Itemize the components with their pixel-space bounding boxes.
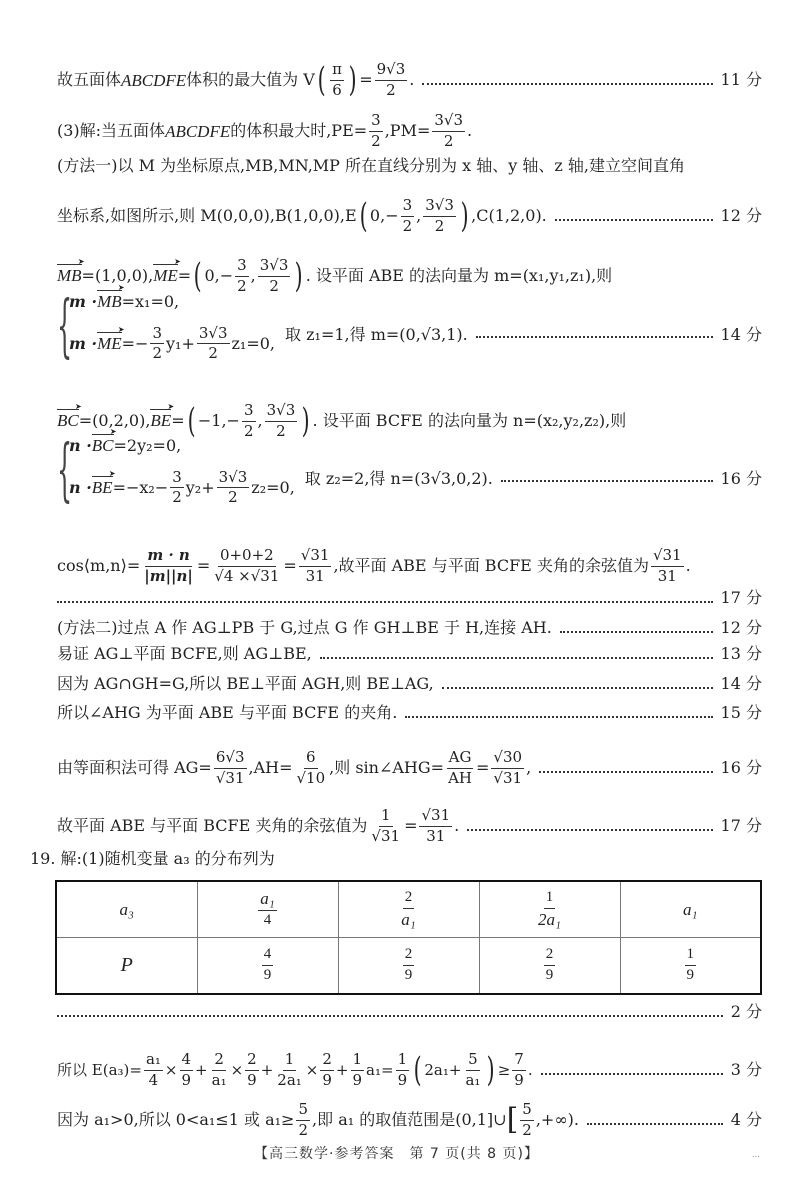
fraction: 12a₁ [275, 1052, 304, 1089]
text: 所以 E(a₃)= [57, 1063, 142, 1078]
table-cell: P [56, 938, 197, 995]
text: 故五面体 [57, 72, 121, 88]
corner-mark: ... [752, 1150, 760, 1159]
right-paren: ) [302, 408, 310, 435]
dotted-leader [467, 829, 712, 831]
equation-system-m: { m · MB =x₁=0, m · ME =− 32 y₁+ 3√32 z₁… [57, 292, 762, 362]
vector-MB: MB [97, 292, 122, 312]
vector-ME: ME [153, 266, 178, 286]
text: cos⟨m,n⟩= [57, 558, 140, 574]
dotted-leader [405, 716, 712, 718]
left-paren: ( [317, 67, 325, 94]
fraction: 6√3√31 [214, 750, 247, 787]
fraction: 32 [235, 258, 249, 295]
vector-BC: BC [57, 411, 79, 431]
score-label: 14 分 [721, 676, 762, 692]
text: 易证 AG⊥平面 BCFE,则 AG⊥BE, [57, 646, 312, 662]
method1-intro: (方法一)以 M 为坐标原点,MB,MN,MP 所在直线分别为 x 轴、y 轴、… [57, 158, 762, 174]
vector-MB: MB [57, 266, 82, 286]
score-label: 12 分 [721, 208, 762, 224]
text: 所以∠AHG 为平面 ABE 与平面 BCFE 的夹角. [57, 705, 397, 721]
dotted-leader [541, 1073, 723, 1075]
table-cell: 19 [620, 938, 761, 995]
text: = [171, 413, 184, 429]
text: n · [69, 478, 92, 497]
dotted-leader [422, 83, 712, 85]
fraction: √3131 [419, 808, 452, 845]
text: (3)解:当五面体 [57, 123, 165, 139]
method2-line3: 因为 AG∩GH=G,所以 BE⊥平面 AGH,则 BE⊥AG, 14 分 [57, 676, 762, 692]
text: m · [69, 292, 97, 311]
fraction: 32 [401, 198, 415, 235]
text: ,AH= [249, 760, 293, 776]
text: 故平面 ABE 与平面 BCFE 夹角的余弦值为 [57, 818, 367, 834]
fraction: 3√32 [217, 470, 250, 507]
page-footer: 【高三数学·参考答案 第 7 页(共 8 页)】 [254, 1143, 539, 1163]
right-paren: ) [487, 1057, 495, 1084]
fraction: 6√10 [295, 750, 328, 787]
text: = [283, 558, 296, 574]
text: ,则 sin∠AHG= [329, 760, 444, 776]
method2-line1: (方法二)过点 A 作 AG⊥PB 于 G,过点 G 作 GH⊥BE 于 H,连… [57, 620, 762, 636]
fraction: 19 [351, 1052, 365, 1089]
text: ,即 a₁ 的取值范围是(0,1]∪ [312, 1112, 507, 1128]
table-cell: 2a₁ [338, 881, 479, 938]
table-cell: 29 [338, 938, 479, 995]
left-paren: ( [359, 203, 367, 230]
text: , [526, 760, 531, 776]
fraction: 32 [369, 113, 383, 150]
dotted-leader [442, 687, 713, 689]
fraction: 29 [320, 1052, 334, 1089]
right-paren: ) [461, 203, 469, 230]
table-cell: a₁ [620, 881, 761, 938]
dotted-leader [320, 657, 713, 659]
text: . [467, 123, 472, 139]
vector-ME: ME [97, 334, 122, 354]
method2-conclusion: 故平面 ABE 与平面 BCFE 夹角的余弦值为 1√31 = √3131 . … [57, 808, 762, 845]
score-label: 13 分 [721, 646, 762, 662]
left-paren: ( [187, 408, 195, 435]
vector-BE: BE [150, 411, 171, 431]
text: . 设平面 BCFE 的法向量为 n=(x₂,y₂,z₂),则 [313, 413, 627, 429]
equation-row: m · MB =x₁=0, [69, 292, 275, 312]
text: m · [69, 334, 97, 353]
text: . [409, 72, 414, 88]
text: (方法二)过点 A 作 AG⊥PB 于 G,过点 G 作 GH⊥BE 于 H,连… [57, 620, 552, 636]
fraction: 0+0+2√4 ×√31 [212, 548, 281, 585]
text: 由等面积法可得 AG= [57, 760, 212, 776]
dotted-leader [587, 1123, 723, 1125]
equation-row: n · BE =−x₂− 32 y₂+ 3√32 z₂=0, [69, 470, 295, 507]
method2-line4: 所以∠AHG 为平面 ABE 与平面 BCFE 的夹角. 15 分 [57, 705, 762, 721]
solid-name: ABCDFE [121, 72, 186, 89]
coordinates-line: 坐标系,如图所示,则 M(0,0,0),B(1,0,0),E ( 0,− 32,… [57, 198, 762, 235]
dotted-leader [57, 601, 713, 603]
text: . [686, 558, 691, 574]
fraction: π6 [330, 62, 344, 99]
dotted-leader [57, 1015, 723, 1017]
fraction: 3√32 [265, 403, 298, 440]
text: y₁+ [166, 334, 195, 353]
table-cell: 12a₁ [479, 881, 620, 938]
fraction: 32 [242, 403, 256, 440]
distribution-table: a₃ a₁4 2a₁ 12a₁ a₁ P 49 29 29 19 [55, 880, 762, 995]
fraction: m · n|m||n| [142, 548, 195, 585]
text: (方法一)以 M 为坐标原点,MB,MN,MP 所在直线分别为 x 轴、y 轴、… [57, 158, 685, 174]
score-label: 17 分 [721, 818, 762, 834]
fraction: 3√32 [423, 198, 456, 235]
table-row-values: a₃ a₁4 2a₁ 12a₁ a₁ [56, 881, 761, 938]
text: 因为 AG∩GH=G,所以 BE⊥平面 AGH,则 BE⊥AG, [57, 676, 434, 692]
fraction: 1√31 [369, 808, 402, 845]
method2-line2: 易证 AG⊥平面 BCFE,则 AG⊥BE, 13 分 [57, 646, 762, 662]
table-row-probabilities: P 49 29 29 19 [56, 938, 761, 995]
left-bracket: [ [507, 1108, 519, 1132]
text: ,C(1,2,0). [471, 208, 547, 224]
text: 体积的最大值为 V [186, 72, 315, 88]
fraction: 79 [512, 1052, 526, 1089]
fraction: 29 [245, 1052, 259, 1089]
cosine-computation: cos⟨m,n⟩= m · n|m||n| = 0+0+2√4 ×√31 = √… [57, 548, 762, 585]
equation-row: n · BC =2y₂=0, [69, 436, 295, 456]
table-cell: 49 [197, 938, 338, 995]
text: =− [122, 334, 149, 353]
text: 0,− [370, 208, 399, 224]
left-brace: { [57, 437, 61, 505]
dotted-leader [555, 219, 713, 221]
score-label: 3 分 [731, 1062, 762, 1078]
text: =−x₂− [113, 478, 169, 497]
fraction: 32 [170, 470, 184, 507]
fraction: √30√31 [491, 750, 524, 787]
fraction: 9√32 [375, 62, 408, 99]
right-paren: ) [349, 67, 357, 94]
text: 因为 a₁>0,所以 0<a₁≤1 或 a₁≥ [57, 1112, 294, 1128]
range-line: 因为 a₁>0,所以 0<a₁≤1 或 a₁≥ 52 ,即 a₁ 的取值范围是(… [57, 1102, 762, 1139]
text: 坐标系,如图所示,则 M(0,0,0),B(1,0,0),E [57, 208, 357, 224]
text: 0,− [204, 268, 233, 284]
score-label: 17 分 [721, 590, 762, 606]
fraction: √3131 [299, 548, 332, 585]
score-2-line: 2 分 [57, 1004, 762, 1020]
fraction: 19 [396, 1052, 410, 1089]
fraction: 3√32 [432, 113, 465, 150]
score-label: 14 分 [721, 322, 762, 345]
vectors-BC-BE: BC =(0,2,0), BE = ( −1,− 32, 3√32 ) . 设平… [57, 403, 762, 440]
text: = [178, 268, 191, 284]
fraction: 2a₁ [210, 1052, 229, 1089]
score-label: 12 分 [721, 620, 762, 636]
score-label: 16 分 [721, 760, 762, 776]
vector-BC: BC [92, 436, 114, 456]
solid-name: ABCDFE [165, 123, 230, 140]
text: n · [69, 436, 92, 455]
text: ,PM= [385, 123, 431, 139]
score-label: 11 分 [721, 72, 762, 88]
text: 取 z₁=1,得 m=(0,√3,1). [285, 322, 468, 345]
table-cell: 29 [479, 938, 620, 995]
score-label: 2 分 [731, 1004, 762, 1020]
right-paren: ) [295, 263, 303, 290]
text: = [197, 558, 210, 574]
conclusion-max-volume: 故五面体 ABCDFE 体积的最大值为 V ( π6 ) = 9√32 . 11… [57, 62, 762, 99]
text: 19. 解:(1)随机变量 a₃ 的分布列为 [30, 851, 275, 867]
text: z₂=0, [251, 478, 295, 497]
dotted-leader [539, 771, 712, 773]
fraction: 49 [180, 1052, 194, 1089]
equation-system-n: { n · BC =2y₂=0, n · BE =−x₂− 32 y₂+ 3√3… [57, 436, 762, 506]
text: ,+∞). [536, 1112, 579, 1128]
text: ,故平面 ABE 与平面 BCFE 夹角的余弦值为 [333, 558, 649, 574]
fraction: a₁4 [144, 1052, 163, 1089]
left-paren: ( [414, 1057, 422, 1084]
table-cell: a₁4 [197, 881, 338, 938]
text: y₂+ [186, 478, 215, 497]
left-paren: ( [194, 263, 202, 290]
text: . [454, 818, 459, 834]
equal-area-line: 由等面积法可得 AG= 6√3√31 ,AH= 6√10 ,则 sin∠AHG=… [57, 750, 762, 787]
table-cell: a₃ [56, 881, 197, 938]
vectors-MB-ME: MB =(1,0,0), ME = ( 0,− 32, 3√32 ) . 设平面… [57, 258, 762, 295]
text: 的体积最大时,PE= [230, 123, 367, 139]
fraction: √3131 [651, 548, 684, 585]
score-label: 15 分 [721, 705, 762, 721]
text: z₁=0, [232, 334, 276, 353]
text: = [476, 760, 489, 776]
expectation-line: 所以 E(a₃)= a₁4 × 49 + 2a₁ × 29 + 12a₁ × 2… [57, 1052, 762, 1089]
dotted-leader [501, 480, 713, 482]
part3-intro: (3)解:当五面体 ABCDFE 的体积最大时,PE= 32 ,PM= 3√32… [57, 113, 762, 150]
score-label: 16 分 [721, 466, 762, 489]
fraction: 52 [296, 1102, 310, 1139]
text: −1,− [198, 413, 240, 429]
fraction: 5a₁ [463, 1052, 482, 1089]
vector-BE: BE [92, 478, 113, 498]
fraction: 52 [520, 1102, 534, 1139]
fraction: AGAH [446, 750, 474, 787]
score-17-line: 17 分 [57, 590, 762, 606]
dotted-leader [560, 631, 713, 633]
fraction: 32 [150, 326, 164, 363]
score-label: 4 分 [731, 1112, 762, 1128]
text: =x₁=0, [122, 292, 180, 311]
text: 取 z₂=2,得 n=(3√3,0,2). [305, 466, 493, 489]
fraction: 3√32 [258, 258, 291, 295]
text: =2y₂=0, [114, 436, 182, 455]
dotted-leader [476, 336, 713, 338]
text: = [359, 72, 372, 88]
text: = [404, 818, 417, 834]
text: =(1,0,0), [82, 268, 154, 284]
fraction: 3√32 [197, 326, 230, 363]
equation-row: m · ME =− 32 y₁+ 3√32 z₁=0, [69, 326, 275, 363]
left-brace: { [57, 293, 61, 361]
text: . 设平面 ABE 的法向量为 m=(x₁,y₁,z₁),则 [306, 268, 612, 284]
problem19-heading: 19. 解:(1)随机变量 a₃ 的分布列为 [30, 851, 762, 867]
